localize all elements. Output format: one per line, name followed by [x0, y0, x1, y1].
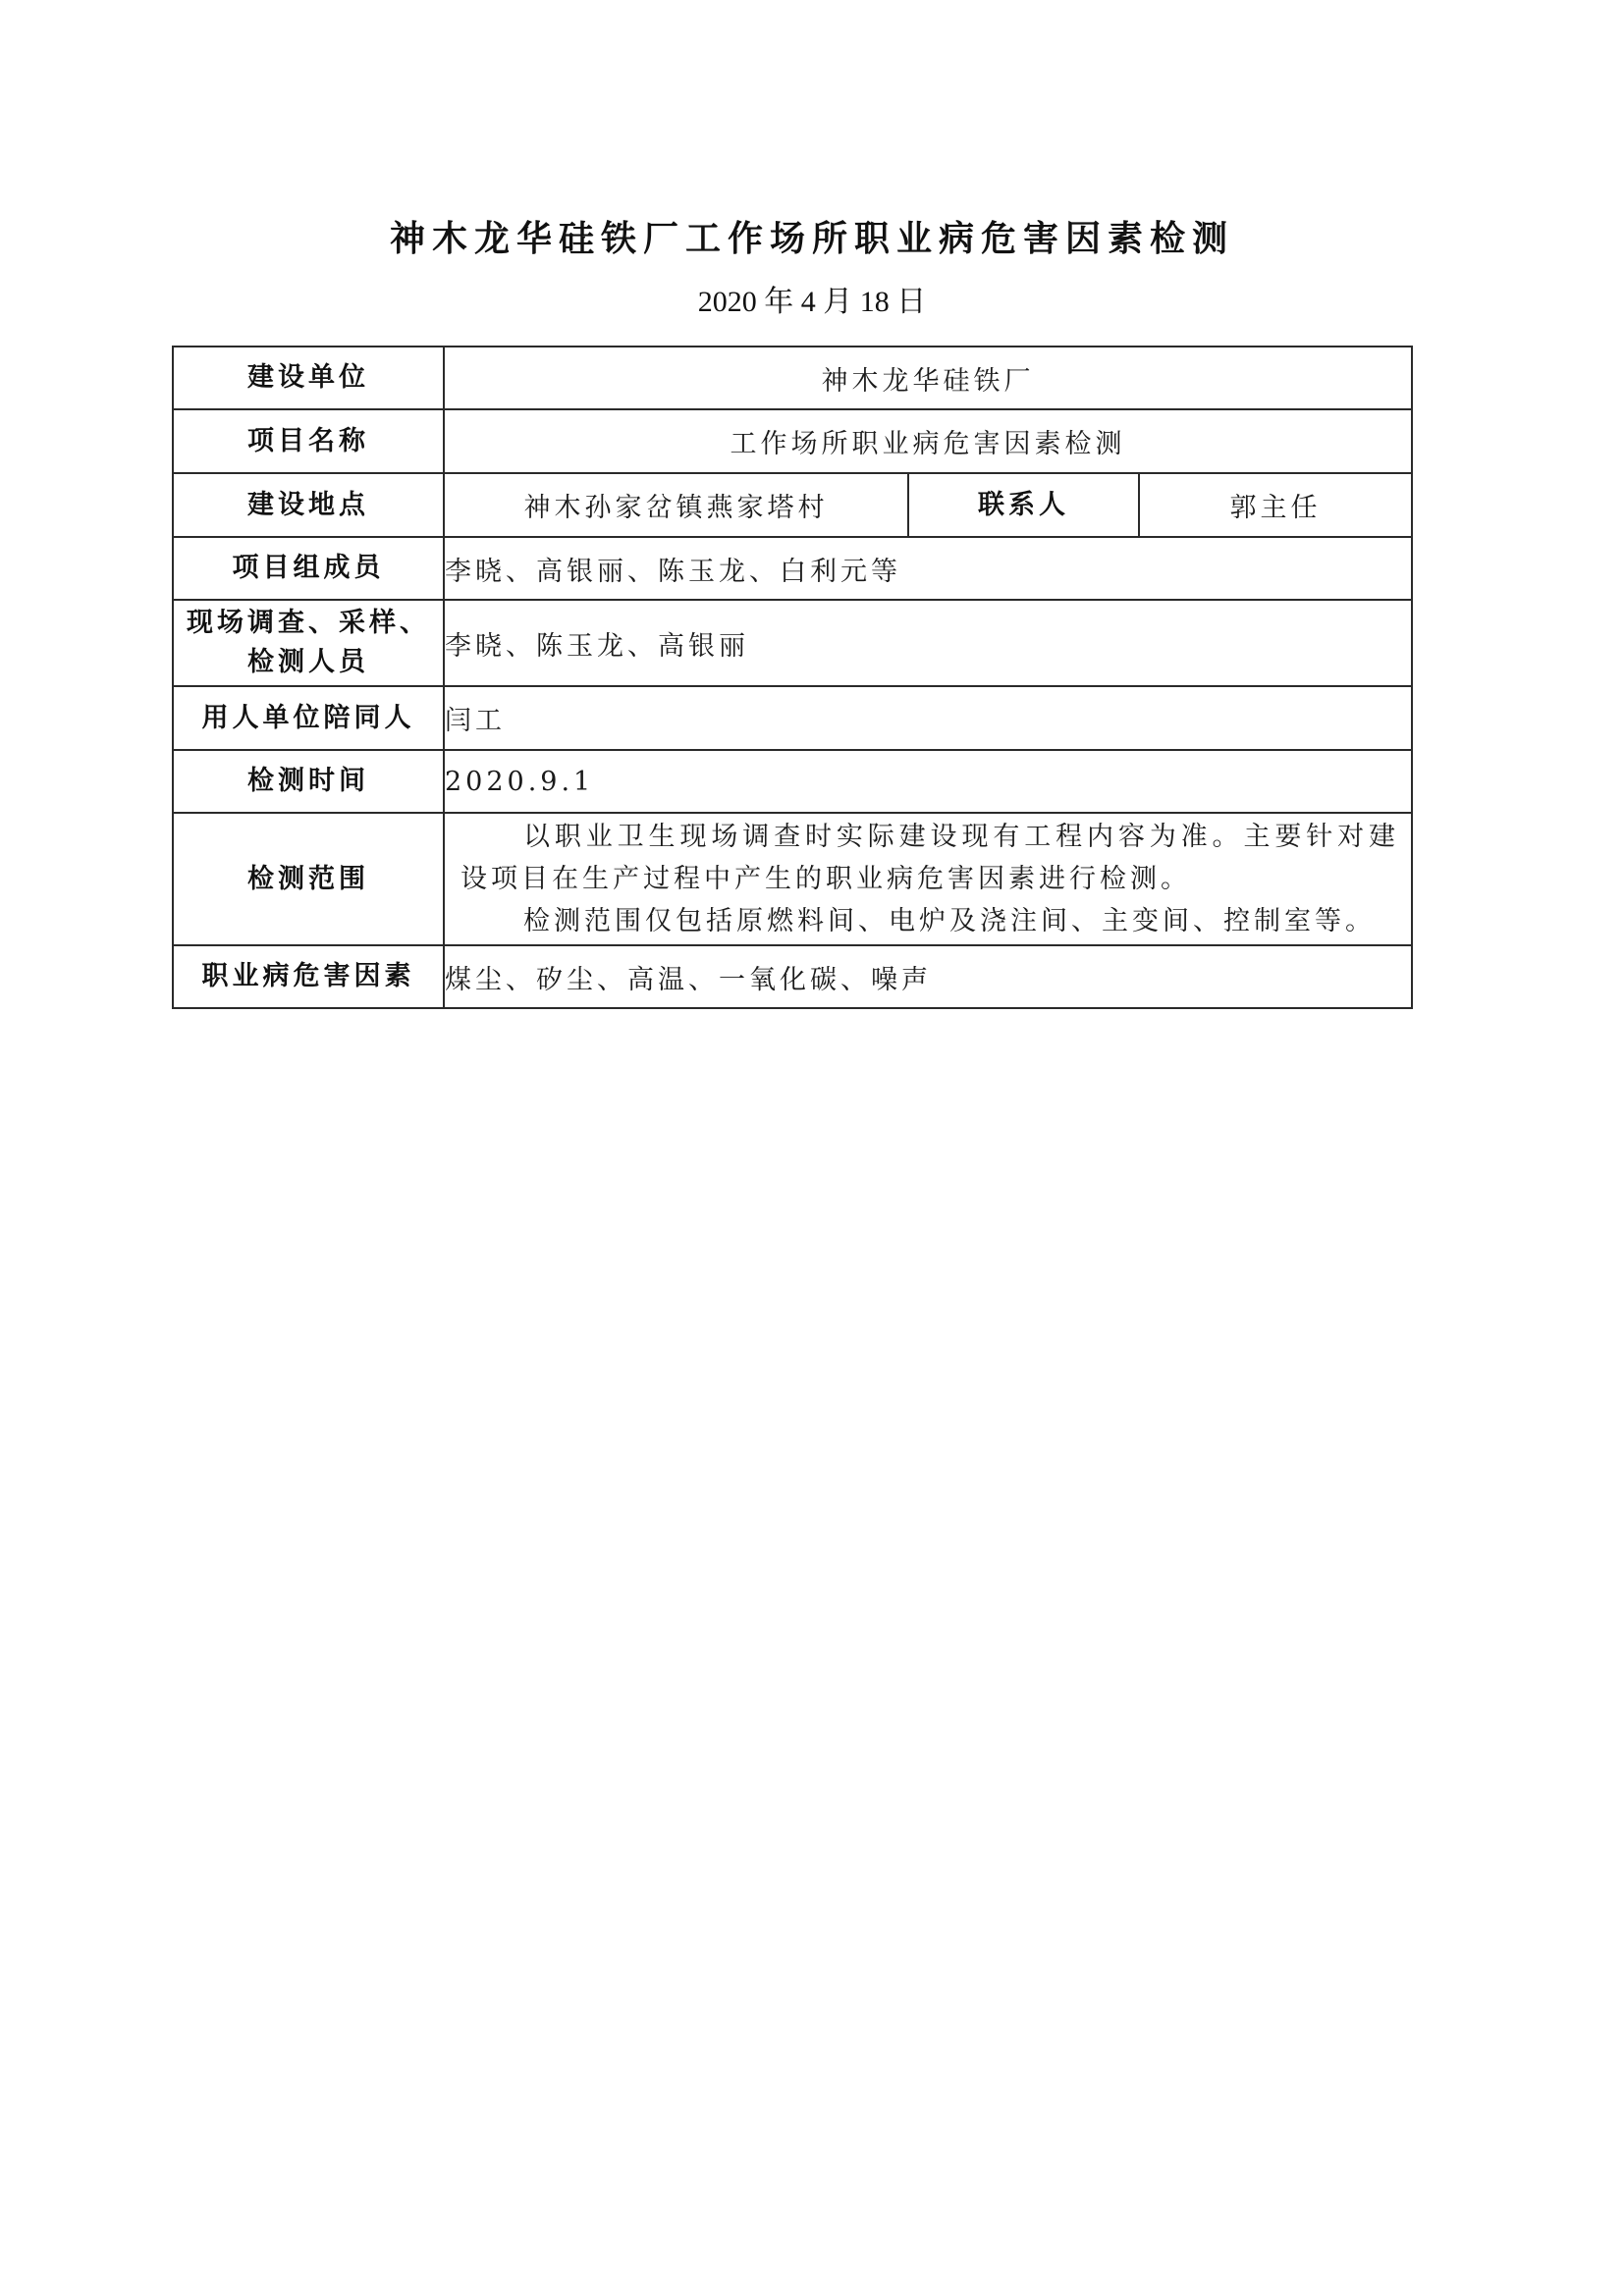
document-title: 神木龙华硅铁厂工作场所职业病危害因素检测 — [0, 218, 1624, 261]
label-project-name: 项目名称 — [173, 409, 444, 473]
label-escort: 用人单位陪同人 — [173, 686, 444, 750]
label-test-scope: 检测范围 — [173, 813, 444, 945]
table-row-field-staff: 现场调查、采样、 检测人员 李晓、陈玉龙、高银丽 — [173, 600, 1412, 686]
label-location: 建设地点 — [173, 473, 444, 537]
label-test-date: 检测时间 — [173, 750, 444, 813]
table-row-location: 建设地点 神木孙家岔镇燕家塔村 联系人 郭主任 — [173, 473, 1412, 537]
value-construction-unit: 神木龙华硅铁厂 — [444, 347, 1412, 409]
table-row-hazard-factors: 职业病危害因素 煤尘、矽尘、高温、一氧化碳、噪声 — [173, 945, 1412, 1008]
value-contact: 郭主任 — [1139, 473, 1412, 537]
label-construction-unit: 建设单位 — [173, 347, 444, 409]
value-test-scope: 以职业卫生现场调查时实际建设现有工程内容为准。主要针对建设项目在生产过程中产生的… — [444, 813, 1412, 945]
table-row-test-date: 检测时间 2020.9.1 — [173, 750, 1412, 813]
value-hazard-factors: 煤尘、矽尘、高温、一氧化碳、噪声 — [444, 945, 1412, 1008]
table-row-construction-unit: 建设单位 神木龙华硅铁厂 — [173, 347, 1412, 409]
label-field-staff: 现场调查、采样、 检测人员 — [173, 600, 444, 686]
value-team-members: 李晓、高银丽、陈玉龙、白利元等 — [444, 537, 1412, 600]
table-row-team-members: 项目组成员 李晓、高银丽、陈玉龙、白利元等 — [173, 537, 1412, 600]
table-row-escort: 用人单位陪同人 闫工 — [173, 686, 1412, 750]
table-row-test-scope: 检测范围 以职业卫生现场调查时实际建设现有工程内容为准。主要针对建设项目在生产过… — [173, 813, 1412, 945]
value-escort: 闫工 — [444, 686, 1412, 750]
label-field-staff-line2: 检测人员 — [174, 643, 443, 682]
info-table: 建设单位 神木龙华硅铁厂 项目名称 工作场所职业病危害因素检测 建设地点 神木孙… — [172, 346, 1413, 1009]
value-project-name: 工作场所职业病危害因素检测 — [444, 409, 1412, 473]
label-hazard-factors: 职业病危害因素 — [173, 945, 444, 1008]
value-test-date: 2020.9.1 — [444, 750, 1412, 813]
label-team-members: 项目组成员 — [173, 537, 444, 600]
test-scope-paragraph-2: 检测范围仅包括原燃料间、电炉及浇注间、主变间、控制室等。 — [460, 900, 1399, 942]
label-contact: 联系人 — [908, 473, 1139, 537]
value-location: 神木孙家岔镇燕家塔村 — [444, 473, 908, 537]
test-scope-paragraph-1: 以职业卫生现场调查时实际建设现有工程内容为准。主要针对建设项目在生产过程中产生的… — [460, 816, 1399, 900]
document-date: 2020 年 4 月 18 日 — [0, 283, 1624, 322]
label-field-staff-line1: 现场调查、采样、 — [174, 604, 443, 643]
value-field-staff: 李晓、陈玉龙、高银丽 — [444, 600, 1412, 686]
table-row-project-name: 项目名称 工作场所职业病危害因素检测 — [173, 409, 1412, 473]
